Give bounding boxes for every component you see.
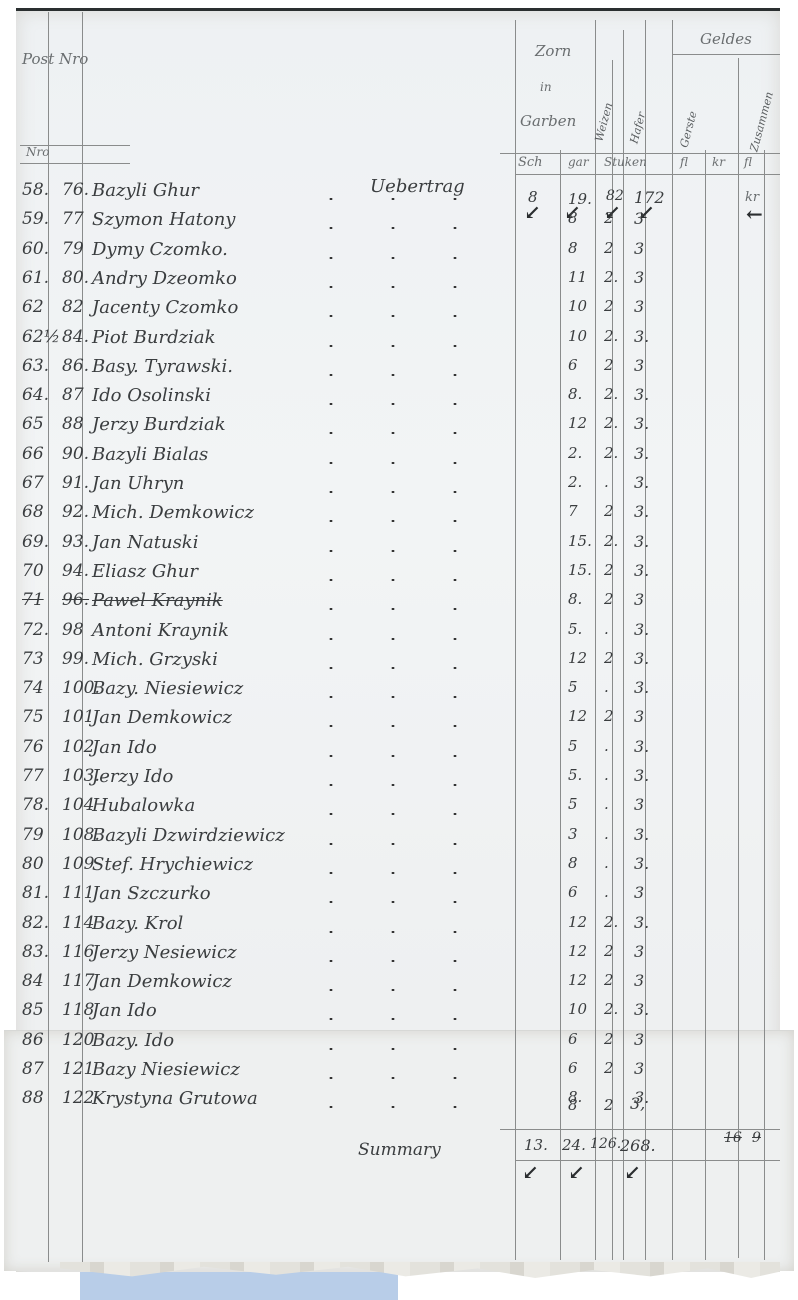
row-name: Jan Demkowicz — [92, 707, 232, 728]
header-group-line3: Garben — [520, 112, 576, 130]
row-ordinal: 86 — [22, 1030, 44, 1050]
row-name: Dymy Czomko. — [92, 239, 228, 260]
row-number: 88 — [62, 414, 84, 434]
row-ordinal: 61. — [22, 268, 49, 288]
row-name: Jan Demkowicz — [92, 971, 232, 992]
row-value-garben: 12 — [568, 707, 587, 725]
leader-dots — [300, 315, 510, 317]
row-name: Jacenty Czomko — [92, 297, 238, 318]
row-name: Bazyli Ghur — [92, 180, 199, 201]
row-name: Mich. Grzyski — [92, 649, 218, 670]
row-number: 109 — [62, 854, 94, 874]
row-name: Basy. Tyrawski. — [92, 356, 233, 377]
row-value-hafer: 3. — [634, 561, 649, 580]
row-number: 114 — [62, 913, 94, 933]
row-name: Jan Uhryn — [92, 473, 184, 494]
row-ordinal: 66 — [22, 444, 44, 464]
row-number: 84. — [62, 327, 89, 347]
row-ordinal: 85 — [22, 1000, 44, 1020]
checkmark-icon: ↙ — [522, 1160, 539, 1184]
row-value-garben: 12 — [568, 649, 587, 667]
unit-label: fl — [680, 155, 688, 169]
row-value-weizen: 2 — [604, 356, 614, 374]
row-name: Jerzy Nesiewicz — [92, 942, 237, 963]
leader-dots — [300, 520, 510, 522]
leader-dots — [300, 579, 510, 581]
row-number: 87 — [62, 385, 84, 405]
row-ordinal: 74 — [22, 678, 44, 698]
row-number: 111 — [62, 883, 94, 903]
row-value-garben: 8 — [568, 209, 578, 227]
row-value-hafer: 3. — [634, 385, 649, 404]
row-value-hafer: 3. — [634, 766, 649, 785]
checkmark-icon: ↙ — [624, 1160, 641, 1184]
leader-dots — [300, 1106, 510, 1108]
row-value-weizen: 2 — [604, 239, 614, 257]
row-value-hafer: 3. — [634, 473, 649, 492]
row-value-hafer: 3. — [634, 620, 649, 639]
row-ordinal: 70 — [22, 561, 44, 581]
row-number: 102 — [62, 737, 94, 757]
row-value-hafer: 3 — [634, 590, 644, 609]
row-value-weizen: . — [604, 737, 609, 755]
row-ordinal: 64. — [22, 385, 49, 405]
row-number: 104 — [62, 795, 94, 815]
ruling-line — [515, 174, 780, 175]
row-ordinal: 62 — [22, 297, 44, 317]
row-ordinal: 75 — [22, 707, 44, 727]
row-value-weizen: 2. — [604, 327, 618, 345]
header-group-line1: Zorn — [535, 42, 571, 60]
row-number: 117 — [62, 971, 94, 991]
row-number: 120 — [62, 1030, 94, 1050]
row-value-weizen: 2 — [604, 971, 614, 989]
row-number: 82 — [62, 297, 84, 317]
row-value-weizen: 2 — [604, 1030, 614, 1048]
last-line-value: 2 — [604, 1096, 614, 1114]
leader-dots — [300, 345, 510, 347]
row-number: 101 — [62, 707, 94, 727]
row-number: 93. — [62, 532, 89, 552]
leader-dots — [300, 1077, 510, 1079]
row-ordinal: 69. — [22, 532, 49, 552]
row-value-hafer: 3. — [634, 825, 649, 844]
row-name: Jerzy Ido — [92, 766, 173, 787]
row-ordinal: 62½ — [22, 327, 60, 347]
row-value-hafer: 3. — [634, 1000, 649, 1019]
row-name: Szymon Hatony — [92, 209, 235, 230]
row-name: Mich. Demkowicz — [92, 502, 254, 523]
row-name: Pawel Kraynik — [92, 590, 223, 611]
row-value-weizen: 2. — [604, 1000, 618, 1018]
row-ordinal: 67 — [22, 473, 44, 493]
row-ordinal: 65 — [22, 414, 44, 434]
leader-dots — [300, 491, 510, 493]
row-name: Bazy. Ido — [92, 1030, 174, 1051]
row-value-weizen: 2 — [604, 707, 614, 725]
row-number: 122 — [62, 1088, 94, 1108]
row-number: 90. — [62, 444, 89, 464]
row-value-garben: 12 — [568, 942, 587, 960]
header-group-line2: in — [540, 80, 552, 94]
row-number: 96. — [62, 590, 89, 610]
row-value-garben: 12 — [568, 971, 587, 989]
row-value-hafer: 3 — [634, 971, 644, 990]
row-number: 91. — [62, 473, 89, 493]
row-value-hafer: 3. — [634, 444, 649, 463]
row-ordinal: 60. — [22, 239, 49, 259]
last-line-value: 8 — [568, 1096, 578, 1114]
row-value-hafer: 3. — [634, 678, 649, 697]
row-ordinal: 80 — [22, 854, 44, 874]
total-value: 268. — [620, 1136, 656, 1155]
row-number: 77 — [62, 209, 84, 229]
row-value-hafer: 3 — [634, 1059, 644, 1078]
row-value-weizen: 2. — [604, 532, 618, 550]
row-value-garben: 8. — [568, 385, 582, 403]
leader-dots — [300, 1048, 510, 1050]
row-ordinal: 82. — [22, 913, 49, 933]
row-ordinal: 76 — [22, 737, 44, 757]
leader-dots — [300, 872, 510, 874]
row-value-weizen: 2 — [604, 209, 614, 227]
row-name: Krystyna Grutowa — [92, 1088, 258, 1109]
totals-label: Summary — [358, 1140, 441, 1160]
row-value-hafer: 3. — [634, 649, 649, 668]
row-value-garben: 15. — [568, 561, 592, 579]
row-name: Jan Ido — [92, 1000, 157, 1021]
ruling-line — [515, 1160, 780, 1161]
row-value-weizen: 2. — [604, 414, 618, 432]
leader-dots — [300, 257, 510, 259]
leader-dots — [300, 931, 510, 933]
ruling-line — [672, 54, 780, 55]
row-number: 80. — [62, 268, 89, 288]
row-value-garben: 5. — [568, 766, 582, 784]
row-ordinal: 59. — [22, 209, 49, 229]
row-ordinal: 88 — [22, 1088, 44, 1108]
row-value-garben: 5. — [568, 620, 582, 638]
ruling-line — [20, 163, 130, 164]
leader-dots — [300, 374, 510, 376]
row-value-hafer: 3 — [634, 707, 644, 726]
header-post-label: Post Nro — [22, 50, 88, 68]
row-value-garben: 15. — [568, 532, 592, 550]
row-number: 98 — [62, 620, 84, 640]
row-value-hafer: 3. — [634, 532, 649, 551]
leader-dots — [300, 960, 510, 962]
total-value: 126. — [590, 1136, 621, 1152]
row-number: 118 — [62, 1000, 94, 1020]
row-ordinal: 58. — [22, 180, 49, 200]
row-value-weizen: 2 — [604, 649, 614, 667]
leader-dots — [300, 638, 510, 640]
leader-dots — [300, 843, 510, 845]
unit-label: Stuken — [604, 155, 647, 169]
leader-dots — [300, 901, 510, 903]
row-name: Bazyli Dzwirdziewicz — [92, 825, 285, 846]
leader-dots — [300, 813, 510, 815]
row-value-weizen: 2 — [604, 297, 614, 315]
row-value-garben: 6 — [568, 1030, 578, 1048]
row-value-hafer: 3 — [634, 883, 644, 902]
row-name: Jan Ido — [92, 737, 157, 758]
row-name: Bazy. Niesiewicz — [92, 678, 243, 699]
row-name: Bazy Niesiewicz — [92, 1059, 240, 1080]
row-number: 79 — [62, 239, 84, 259]
row-number: 99. — [62, 649, 89, 669]
row-name: Piot Burdziak — [92, 327, 216, 348]
row-value-weizen: 2 — [604, 1059, 614, 1077]
checkmark-icon: ↙ — [568, 1160, 585, 1184]
total-value: 24. — [562, 1136, 586, 1154]
row-value-weizen: . — [604, 795, 609, 813]
row-value-weizen: 2. — [604, 913, 618, 931]
row-value-garben: 8 — [568, 854, 578, 872]
row-value-garben: 6 — [568, 883, 578, 901]
row-value-garben: 12 — [568, 414, 587, 432]
row-value-hafer: 3. — [634, 327, 649, 346]
leader-dots — [300, 696, 510, 698]
row-ordinal: 78. — [22, 795, 49, 815]
row-value-garben: 10 — [568, 1000, 587, 1018]
row-ordinal: 73 — [22, 649, 44, 669]
row-ordinal: 83. — [22, 942, 49, 962]
table-row: 88122Krystyna Grutowa8..3. — [0, 1088, 798, 1124]
leader-dots — [300, 403, 510, 405]
row-ordinal: 63. — [22, 356, 49, 376]
row-value-garben: 2. — [568, 444, 582, 462]
leader-dots — [300, 227, 510, 229]
row-value-weizen: . — [604, 854, 609, 872]
row-value-weizen: 2 — [604, 942, 614, 960]
row-value-hafer: 3 — [634, 942, 644, 961]
row-ordinal: 79 — [22, 825, 44, 845]
row-value-garben: 3 — [568, 825, 578, 843]
row-value-weizen: 2 — [604, 561, 614, 579]
leader-dots — [300, 198, 510, 200]
row-ordinal: 77 — [22, 766, 44, 786]
row-ordinal: 87 — [22, 1059, 44, 1079]
row-value-weizen: 2 — [604, 590, 614, 608]
row-ordinal: 84 — [22, 971, 44, 991]
unit-label: gar — [568, 155, 589, 169]
row-value-hafer: 3. — [634, 737, 649, 756]
leader-dots — [300, 1018, 510, 1020]
row-name: Bazyli Bialas — [92, 444, 208, 465]
row-ordinal: 68 — [22, 502, 44, 522]
row-value-weizen: . — [604, 620, 609, 638]
page-top-edge — [16, 8, 780, 11]
leader-dots — [300, 462, 510, 464]
row-number: 86. — [62, 356, 89, 376]
row-name: Antoni Kraynik — [92, 620, 229, 641]
row-number: 121 — [62, 1059, 94, 1079]
row-value-garben: 8. — [568, 590, 582, 608]
row-value-hafer: 3 — [634, 356, 644, 375]
row-value-garben: 10 — [568, 327, 587, 345]
row-value-hafer: 3. — [634, 502, 649, 521]
row-number: 94. — [62, 561, 89, 581]
row-name: Stef. Hrychiewicz — [92, 854, 253, 875]
row-name: Jan Szczurko — [92, 883, 211, 904]
row-value-garben: 5 — [568, 795, 578, 813]
row-value-weizen: . — [604, 825, 609, 843]
row-value-garben: 5 — [568, 678, 578, 696]
row-name: Hubalowka — [92, 795, 195, 816]
row-value-hafer: 3 — [634, 209, 644, 228]
row-value-weizen: . — [604, 766, 609, 784]
row-value-hafer: 3. — [634, 913, 649, 932]
total-value: 13. — [524, 1136, 548, 1154]
row-value-hafer: 3 — [634, 795, 644, 814]
row-value-weizen: 2. — [604, 385, 618, 403]
row-value-weizen: 2 — [604, 502, 614, 520]
row-number: 116 — [62, 942, 94, 962]
row-value-garben: 12 — [568, 913, 587, 931]
row-number: 76. — [62, 180, 89, 200]
row-value-hafer: 3 — [634, 239, 644, 258]
leader-dots — [300, 784, 510, 786]
row-value-garben: 5 — [568, 737, 578, 755]
total-money: 16 — [724, 1130, 742, 1146]
row-value-weizen: 2. — [604, 444, 618, 462]
header-sub-label: Nro — [26, 145, 49, 159]
row-name: Jan Natuski — [92, 532, 198, 553]
row-value-hafer: 3 — [634, 268, 644, 287]
row-name: Andry Dzeomko — [92, 268, 237, 289]
row-name: Bazy. Krol — [92, 913, 183, 934]
last-line-value: 3, — [630, 1094, 645, 1113]
leader-dots — [300, 725, 510, 727]
leader-dots — [300, 432, 510, 434]
leader-dots — [300, 755, 510, 757]
ruling-line — [500, 153, 780, 154]
unit-label: Sch — [518, 155, 543, 170]
leader-dots — [300, 286, 510, 288]
row-value-garben: 8 — [568, 239, 578, 257]
row-value-weizen: 2. — [604, 268, 618, 286]
row-value-garben: 2. — [568, 473, 582, 491]
leader-dots — [300, 608, 510, 610]
row-value-hafer: 3. — [634, 414, 649, 433]
row-value-weizen: . — [604, 678, 609, 696]
unit-label: fl — [744, 155, 752, 169]
row-ordinal: 81. — [22, 883, 49, 903]
row-value-weizen: . — [604, 473, 609, 491]
header-money-title: Geldes — [700, 30, 752, 48]
row-value-hafer: 3 — [634, 297, 644, 316]
leader-dots — [300, 989, 510, 991]
total-money: 9 — [752, 1130, 761, 1146]
row-name: Jerzy Burdziak — [92, 414, 226, 435]
row-value-garben: 7 — [568, 502, 578, 520]
row-number: 92. — [62, 502, 89, 522]
row-value-weizen: . — [604, 883, 609, 901]
row-value-garben: 11 — [568, 268, 587, 286]
row-name: Eliasz Ghur — [92, 561, 198, 582]
row-value-hafer: 3. — [634, 854, 649, 873]
row-ordinal: 71 — [22, 590, 44, 610]
row-ordinal: 72. — [22, 620, 49, 640]
row-value-garben: 6 — [568, 1059, 578, 1077]
row-value-hafer: 3 — [634, 1030, 644, 1049]
row-value-garben: 10 — [568, 297, 587, 315]
leader-dots — [300, 550, 510, 552]
unit-label: kr — [712, 155, 725, 169]
row-value-garben: 6 — [568, 356, 578, 374]
leader-dots — [300, 667, 510, 669]
row-name: Ido Osolinski — [92, 385, 211, 406]
